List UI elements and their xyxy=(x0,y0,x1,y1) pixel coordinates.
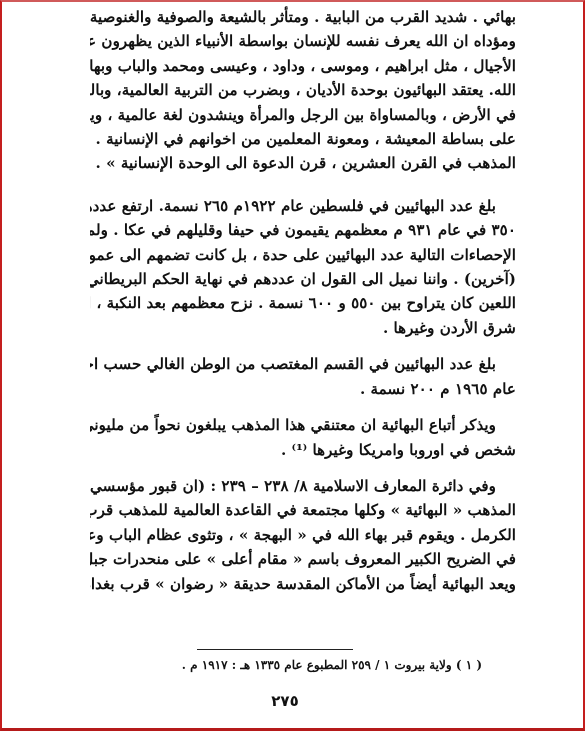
text-line: ومؤداه ان الله يعرف نفسه للإنسان بواسطة … xyxy=(90,29,516,53)
text-line: بلغ عدد البهائيين في القسم المغتصب من ال… xyxy=(90,352,516,376)
text-line: ويعد البهائية أيضاً من الأماكن المقدسة ح… xyxy=(90,572,516,596)
text-line: وفي دائرة المعارف الاسلامية ٨/ ٢٣٨ – ٢٣٩… xyxy=(90,474,516,498)
text-line: ويذكر أتباع البهائية ان معتنقي هذا المذه… xyxy=(90,413,516,437)
paragraph-spacer xyxy=(90,340,516,352)
text-line: الكرمل . ويقوم قبر بهاء الله في « البهجة… xyxy=(90,523,516,547)
text-line: شرق الأردن وغيرها . xyxy=(90,316,516,340)
text-line: في الضريح الكبير المعروف باسم « مقام أعل… xyxy=(90,547,516,571)
text-line: الإحصاءات التالية عدد البهائيين على حدة … xyxy=(90,243,516,267)
text-line: بلغ عدد البهائيين في فلسطين عام ١٩٢٢م ٢٦… xyxy=(90,194,516,218)
text-line: عام ١٩٦٥ م ٢٠٠ نسمة . xyxy=(90,377,516,401)
paragraph-spacer xyxy=(90,176,516,194)
paragraph-encyclopedia-quote: وفي دائرة المعارف الاسلامية ٨/ ٢٣٨ – ٢٣٩… xyxy=(90,474,516,596)
text-line: على بساطة المعيشة ، ومعونة المعلمين من ا… xyxy=(90,127,516,151)
text-line: في الأرض ، وبالمساواة بين الرجل والمرأة … xyxy=(90,103,516,127)
paragraph-palestine-population: بلغ عدد البهائيين في فلسطين عام ١٩٢٢م ٢٦… xyxy=(90,194,516,340)
book-page-body: بهائي . شديد القرب من البابية . ومتأثر ب… xyxy=(90,5,516,596)
text-line: اللعين كان يتراوح بين ٥٥٠ و ٦٠٠ نسمة . ن… xyxy=(90,291,516,315)
footnote-divider xyxy=(197,649,353,650)
text-line: المذهب « البهائية » وكلها مجتمعة في القا… xyxy=(90,498,516,522)
text-line: المذهب في القرن العشرين ، قرن الدعوة الى… xyxy=(90,151,516,175)
page-number: ٢٧٥ xyxy=(260,692,310,710)
text-line: (آخرين) . واننا نميل الى القول ان عددهم … xyxy=(90,267,516,291)
scan-speck xyxy=(295,426,297,428)
text-line: ٣٥٠ في عام ٩٣١ م معظمهم يقيمون في حيفا و… xyxy=(90,218,516,242)
paragraph-spacer xyxy=(90,462,516,474)
text-line: شخص في اوروبا وامريكا وغيرها ⁽¹⁾ . xyxy=(90,438,516,462)
text-line: الأجيال ، مثل ابراهيم ، وموسى ، وداود ، … xyxy=(90,54,516,78)
paragraph-worldwide-followers: ويذكر أتباع البهائية ان معتنقي هذا المذه… xyxy=(90,413,516,462)
paragraph-bahai-definition: بهائي . شديد القرب من البابية . ومتأثر ب… xyxy=(90,5,516,176)
paragraph-spacer xyxy=(90,401,516,413)
footnote: ( ١ ) ولاية بيروت ١ / ٢٥٩ المطبوع عام ١٣… xyxy=(182,658,482,672)
text-line: الله. يعتقد البهائيون بوحدة الأديان ، وب… xyxy=(90,78,516,102)
text-line: بهائي . شديد القرب من البابية . ومتأثر ب… xyxy=(90,5,516,29)
paragraph-1965-population: بلغ عدد البهائيين في القسم المغتصب من ال… xyxy=(90,352,516,401)
page-frame: بهائي . شديد القرب من البابية . ومتأثر ب… xyxy=(0,0,585,731)
